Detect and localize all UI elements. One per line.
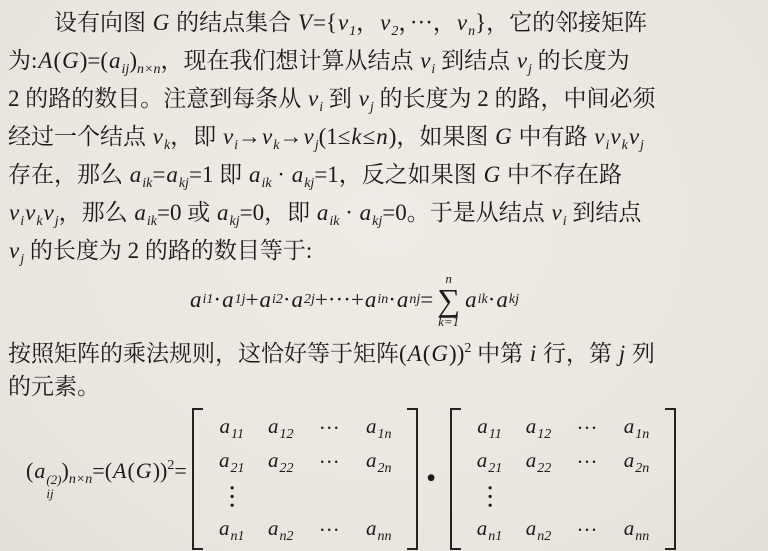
matrix-cell: an2 [514,516,563,545]
text-line: 2 的路的数目。注意到每条从 vi 到 vj 的长度为 2 的路，中间必须 [8,80,760,118]
text-line: 设有向图 G 的结点集合 V={v1，v2，···，vn}，它的邻接矩阵 [8,4,760,42]
matrix-cell: an2 [256,516,305,545]
matrix-cell: a2n [612,448,661,477]
matrix-multiply-dot: • [427,465,436,493]
adjacency-matrix-second: a11a12···a1na21a22···a2n···an1an2···ann [450,408,676,550]
matrix-cell: an1 [465,516,514,545]
matrix-row: a11a12···a1n [207,411,403,445]
matrix-cell: ann [612,516,661,545]
matrix-row: an1an2···ann [207,513,403,547]
text-line: vivkvj，那么 aik=0 或 akj=0，即 aik · akj=0。于是… [8,194,760,232]
matrix-cell: a21 [207,448,256,477]
matrix-cell: ··· [305,416,354,441]
matrix-cell: an1 [207,516,256,545]
matrix-cell: ··· [563,416,612,441]
text-line: 经过一个结点 vk，即 vi→vk→vj(1≤k≤n)，如果图 G 中有路 vi… [8,118,760,156]
text-line: 按照矩阵的乘法规则，这恰好等于矩阵(A(G))2 中第 i 行，第 j 列 [8,330,760,368]
matrix-row: a11a12···a1n [465,411,661,445]
matrix-bracket-right [407,408,418,550]
matrix-cell: ··· [563,518,612,543]
matrix-row: a21a22···a2n [465,445,661,479]
matrix-row: ··· [465,479,661,513]
matrix-cell: ··· [305,450,354,475]
matrix-row: an1an2···ann [465,513,661,547]
matrix-bracket-left [192,408,203,550]
matrix-equation: (a(2)ij)n×n=(A(G))2= a11a12···a1na21a22·… [8,408,760,550]
text-line: vj 的长度为 2 的路的数目等于: [8,232,760,270]
adjacency-matrix-first: a11a12···a1na21a22···a2n···an1an2···ann [192,408,418,550]
text-line: 存在，那么 aik=akj=1 即 aik · akj=1，反之如果图 G 中不… [8,156,760,194]
matrix-cell: a2n [354,448,403,477]
matrix-body: a11a12···a1na21a22···a2n···an1an2···ann [203,408,407,550]
matrix-cell: ··· [305,518,354,543]
sum-formula: ai1 · a1j+ai2 · a2j+···+ain · anj= n∑k=1… [8,270,760,330]
matrix-cell: ··· [465,484,514,509]
matrix-cell: a11 [465,414,514,443]
matrix-cell: a12 [514,414,563,443]
matrix-cell: ··· [563,450,612,475]
matrix-equation-lhs: (a(2)ij)n×n=(A(G))2= [26,458,187,500]
matrix-cell: ··· [207,484,256,509]
matrix-cell: a1n [612,414,661,443]
matrix-bracket-right [665,408,676,550]
matrix-cell: a21 [465,448,514,477]
text-line: 的元素。 [8,368,760,406]
matrix-cell: a1n [354,414,403,443]
matrix-cell: a12 [256,414,305,443]
matrix-cell: a11 [207,414,256,443]
text-line: 为:A(G)=(aij)n×n，现在我们想计算从结点 vi 到结点 vj 的长度… [8,42,760,80]
matrix-cell: a22 [514,448,563,477]
page-content: 设有向图 G 的结点集合 V={v1，v2，···，vn}，它的邻接矩阵 为:A… [0,0,768,550]
matrix-row: a21a22···a2n [207,445,403,479]
matrix-bracket-left [450,408,461,550]
scanned-textbook-page: { "page": { "colors": { "background": "#… [0,0,768,551]
matrix-cell: a22 [256,448,305,477]
matrix-body: a11a12···a1na21a22···a2n···an1an2···ann [461,408,665,550]
matrix-cell: ann [354,516,403,545]
matrix-row: ··· [207,479,403,513]
